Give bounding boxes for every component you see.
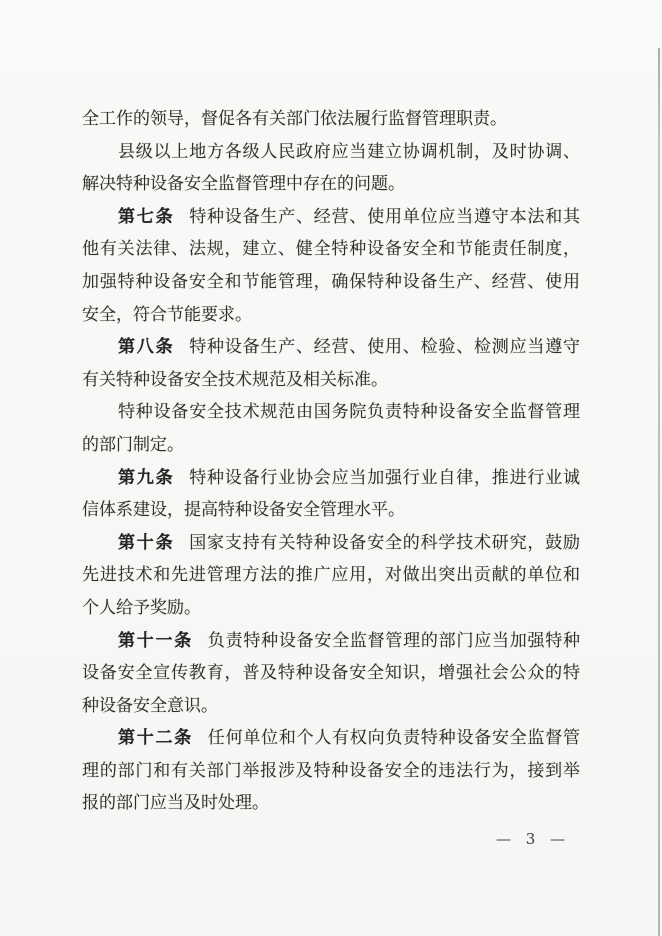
doc-line: 先进技术和先进管理方法的推广应用，对做出突出贡献的单位和 [82, 559, 580, 592]
line-text: 特种设备生产、经营、使用、检验、检测应当遵守 [188, 337, 580, 357]
doc-line-article-8: 第八条特种设备生产、经营、使用、检验、检测应当遵守 [82, 331, 580, 364]
line-text: 的部门制定。 [82, 435, 184, 455]
doc-line: 特种设备安全技术规范由国务院负责特种设备安全监督管理 [82, 396, 580, 429]
doc-line-article-12: 第十二条任何单位和个人有权向负责特种设备安全监督管 [82, 722, 580, 755]
line-text: 报的部门应当及时处理。 [82, 793, 269, 813]
line-text: 个人给予奖励。 [82, 598, 201, 618]
article-number: 第十二条 [118, 728, 193, 748]
line-text: 加强特种设备安全和节能管理，确保特种设备生产、经营、使用 [82, 272, 580, 292]
doc-line: 信体系建设，提高特种设备安全管理水平。 [82, 494, 580, 527]
doc-line: 他有关法律、法规，建立、健全特种设备安全和节能责任制度， [82, 233, 580, 266]
page-number: — 3 — [488, 830, 578, 848]
scan-edge-artifact [658, 48, 660, 936]
line-text: 特种设备生产、经营、使用单位应当遵守本法和其 [188, 207, 580, 227]
line-text: 安全，符合节能要求。 [82, 305, 252, 325]
doc-line: 种设备安全意识。 [82, 690, 580, 723]
line-text: 信体系建设，提高特种设备安全管理水平。 [82, 500, 405, 520]
doc-line: 设备安全宣传教育，普及特种设备安全知识，增强社会公众的特 [82, 657, 580, 690]
line-text: 他有关法律、法规，建立、健全特种设备安全和节能责任制度， [82, 239, 580, 259]
doc-line-article-10: 第十条国家支持有关特种设备安全的科学技术研究，鼓励 [82, 527, 580, 560]
line-text: 先进技术和先进管理方法的推广应用，对做出突出贡献的单位和 [82, 565, 580, 585]
doc-line: 有关特种设备安全技术规范及相关标准。 [82, 364, 580, 397]
article-number: 第十一条 [118, 631, 193, 651]
article-number: 第十条 [118, 533, 174, 553]
line-text: 国家支持有关特种设备安全的科学技术研究，鼓励 [188, 533, 580, 553]
line-text: 任何单位和个人有权向负责特种设备安全监督管 [207, 728, 580, 748]
doc-line: 全工作的领导，督促各有关部门依法履行监督管理职责。 [82, 103, 580, 136]
doc-line: 报的部门应当及时处理。 [82, 787, 580, 820]
doc-line: 的部门制定。 [82, 429, 580, 462]
article-number: 第八条 [118, 337, 174, 357]
line-text: 理的部门和有关部门举报涉及特种设备安全的违法行为，接到举 [82, 761, 580, 781]
line-text: 全工作的领导，督促各有关部门依法履行监督管理职责。 [82, 109, 507, 129]
line-text: 负责特种设备安全监督管理的部门应当加强特种 [207, 631, 580, 651]
doc-line-article-11: 第十一条负责特种设备安全监督管理的部门应当加强特种 [82, 625, 580, 658]
scanned-document-page: 全工作的领导，督促各有关部门依法履行监督管理职责。 县级以上地方各级人民政府应当… [0, 0, 662, 936]
line-text: 特种设备安全技术规范由国务院负责特种设备安全监督管理 [118, 402, 580, 422]
article-number: 第九条 [118, 468, 174, 488]
line-text: 种设备安全意识。 [82, 696, 218, 716]
doc-line: 县级以上地方各级人民政府应当建立协调机制，及时协调、 [82, 136, 580, 169]
line-text: 解决特种设备安全监督管理中存在的问题。 [82, 174, 405, 194]
line-text: 有关特种设备安全技术规范及相关标准。 [82, 370, 388, 390]
doc-line: 个人给予奖励。 [82, 592, 580, 625]
line-text: 特种设备行业协会应当加强行业自律，推进行业诚 [188, 468, 580, 488]
doc-line: 理的部门和有关部门举报涉及特种设备安全的违法行为，接到举 [82, 755, 580, 788]
doc-line: 安全，符合节能要求。 [82, 299, 580, 332]
doc-line-article-9: 第九条特种设备行业协会应当加强行业自律，推进行业诚 [82, 462, 580, 495]
document-body: 全工作的领导，督促各有关部门依法履行监督管理职责。 县级以上地方各级人民政府应当… [82, 103, 580, 820]
doc-line: 解决特种设备安全监督管理中存在的问题。 [82, 168, 580, 201]
article-number: 第七条 [118, 207, 174, 227]
line-text: 县级以上地方各级人民政府应当建立协调机制，及时协调、 [118, 142, 580, 162]
line-text: 设备安全宣传教育，普及特种设备安全知识，增强社会公众的特 [82, 663, 580, 683]
doc-line-article-7: 第七条特种设备生产、经营、使用单位应当遵守本法和其 [82, 201, 580, 234]
doc-line: 加强特种设备安全和节能管理，确保特种设备生产、经营、使用 [82, 266, 580, 299]
